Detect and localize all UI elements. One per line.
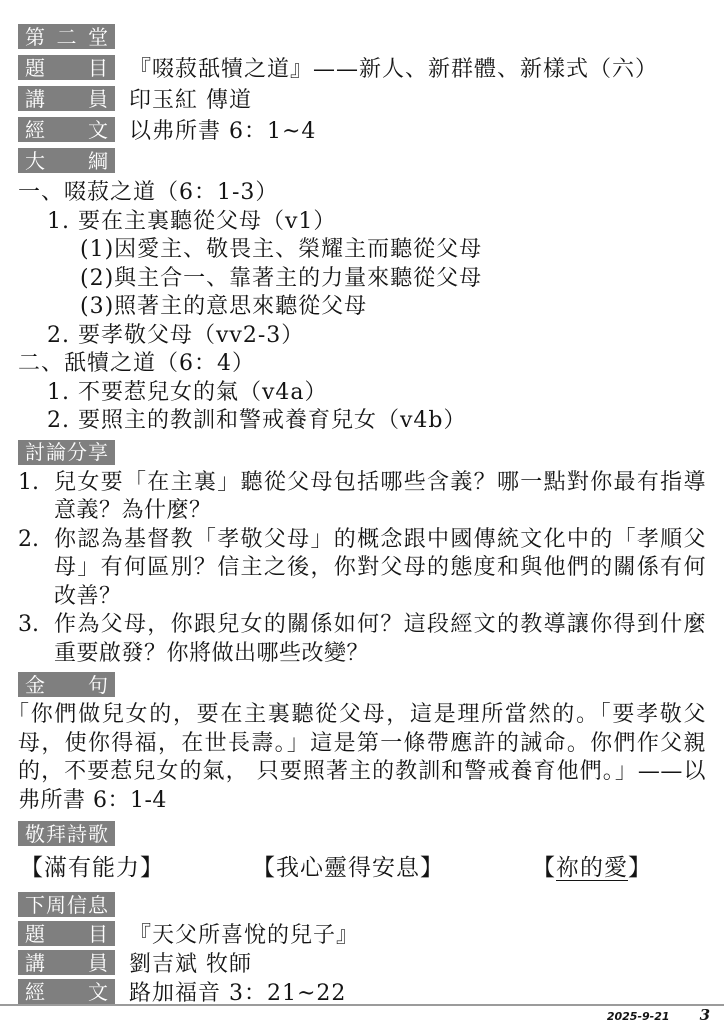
golden-verse-header: 金句 bbox=[18, 672, 115, 697]
song-title: 滿有能力 bbox=[44, 855, 140, 881]
bracket-open: 【 bbox=[532, 855, 556, 881]
next-week-topic-label: 題目 bbox=[18, 921, 115, 946]
song-title: 我心靈得安息 bbox=[276, 855, 420, 881]
bracket-open: 【 bbox=[252, 855, 276, 881]
scripture-value: 以弗所書 6：1~4 bbox=[129, 114, 316, 145]
next-week-badge-row: 下周信息 bbox=[18, 892, 706, 917]
next-week-scripture-row: 經文 路加福音 3：21~22 bbox=[18, 979, 706, 1004]
outline-line: 1. 不要惹兒女的氣（v4a） bbox=[18, 379, 706, 408]
next-week-speaker-row: 講員 劉吉斌 牧師 bbox=[18, 950, 706, 975]
worship-header-row: 敬拜詩歌 bbox=[18, 821, 706, 846]
song-item: 【滿有能力】 bbox=[20, 849, 164, 882]
song-title: 祢的愛 bbox=[556, 855, 628, 881]
outline-line: 1. 要在主裏聽從父母（v1） bbox=[18, 208, 706, 237]
outline-line: 2. 要孝敬父母（vv2-3） bbox=[18, 322, 706, 351]
question-number: 2. bbox=[18, 526, 54, 612]
question-text: 作為父母，你跟兒女的關係如何？這段經文的教導讓你得到什麼重要啟發？你將做出哪些改… bbox=[54, 611, 706, 668]
next-week-section: 下周信息 題目 『天父所喜悅的兒子』 講員 劉吉斌 牧師 經文 路加福音 3：2… bbox=[18, 892, 706, 1004]
next-week-scripture-label: 經文 bbox=[18, 979, 115, 1004]
session-badge-row: 第二堂 bbox=[18, 24, 706, 49]
speaker-label: 講員 bbox=[18, 86, 115, 111]
discussion-header-row: 討論分享 bbox=[18, 440, 706, 465]
question-item: 1. 兒女要「在主裏」聽從父母包括哪些含義？哪一點對你最有指導意義？為什麼？ bbox=[18, 469, 706, 526]
discussion-header: 討論分享 bbox=[18, 440, 115, 465]
question-number: 1. bbox=[18, 469, 54, 526]
question-text: 你認為基督教「孝敬父母」的概念跟中國傳統文化中的「孝順父母」有何區別？信主之後，… bbox=[54, 526, 706, 612]
field-row-topic: 題目 『啜菽舐犢之道』——新人、新群體、新樣式（六） bbox=[18, 55, 706, 80]
question-number: 3. bbox=[18, 611, 54, 668]
bulletin-page: 第二堂 題目 『啜菽舐犢之道』——新人、新群體、新樣式（六） 講員 印玉紅 傳道… bbox=[0, 0, 724, 1024]
bracket-close: 】 bbox=[140, 855, 164, 881]
sermon-outline: 一、啜菽之道（6：1-3） 1. 要在主裏聽從父母（v1） (1)因愛主、敬畏主… bbox=[18, 179, 706, 436]
outline-line: 一、啜菽之道（6：1-3） bbox=[18, 179, 706, 208]
bracket-open: 【 bbox=[20, 855, 44, 881]
footer-date: 2025-9-21 bbox=[607, 1010, 670, 1023]
worship-songs: 【滿有能力】 【我心靈得安息】 【祢的愛】 bbox=[20, 850, 652, 880]
next-week-topic-row: 題目 『天父所喜悅的兒子』 bbox=[18, 921, 706, 946]
question-text: 兒女要「在主裏」聽從父母包括哪些含義？哪一點對你最有指導意義？為什麼？ bbox=[54, 469, 706, 526]
song-item: 【祢的愛】 bbox=[532, 849, 652, 882]
field-row-scripture: 經文 以弗所書 6：1~4 bbox=[18, 117, 706, 142]
outline-label: 大綱 bbox=[18, 148, 115, 173]
next-week-speaker-label: 講員 bbox=[18, 950, 115, 975]
golden-verse-header-row: 金句 bbox=[18, 672, 706, 697]
speaker-value: 印玉紅 傳道 bbox=[129, 83, 252, 114]
scripture-label: 經文 bbox=[18, 117, 115, 142]
outline-line: 二、舐犢之道（6：4） bbox=[18, 350, 706, 379]
session-badge: 第二堂 bbox=[18, 24, 115, 49]
worship-header: 敬拜詩歌 bbox=[18, 821, 115, 846]
question-item: 3. 作為父母，你跟兒女的關係如何？這段經文的教導讓你得到什麼重要啟發？你將做出… bbox=[18, 611, 706, 668]
question-item: 2. 你認為基督教「孝敬父母」的概念跟中國傳統文化中的「孝順父母」有何區別？信主… bbox=[18, 526, 706, 612]
next-week-speaker-value: 劉吉斌 牧師 bbox=[129, 947, 252, 978]
outline-line: 2. 要照主的教訓和警戒養育兒女（v4b） bbox=[18, 407, 706, 436]
golden-verse-text: 「你們做兒女的，要在主裏聽從父母，這是理所當然的。「要孝敬父母，使你得福，在世長… bbox=[18, 701, 706, 815]
bracket-close: 】 bbox=[420, 855, 444, 881]
next-week-scripture-value: 路加福音 3：21~22 bbox=[129, 976, 346, 1007]
topic-value: 『啜菽舐犢之道』——新人、新群體、新樣式（六） bbox=[129, 52, 658, 83]
bracket-close: 】 bbox=[628, 855, 652, 881]
song-item: 【我心靈得安息】 bbox=[252, 849, 444, 882]
page-number: 3 bbox=[700, 1006, 710, 1024]
discussion-questions: 1. 兒女要「在主裏」聽從父母包括哪些含義？哪一點對你最有指導意義？為什麼？ 2… bbox=[18, 469, 706, 669]
topic-label: 題目 bbox=[18, 55, 115, 80]
outline-line: (1)因愛主、敬畏主、榮耀主而聽從父母 bbox=[18, 236, 706, 265]
footer-text: 2025-9-21 3 bbox=[0, 1006, 724, 1024]
page-footer: 2025-9-21 3 bbox=[0, 1004, 724, 1024]
next-week-topic-value: 『天父所喜悅的兒子』 bbox=[129, 918, 359, 949]
field-row-speaker: 講員 印玉紅 傳道 bbox=[18, 86, 706, 111]
field-row-outline: 大綱 bbox=[18, 148, 706, 173]
outline-line: (2)與主合一、靠著主的力量來聽從父母 bbox=[18, 265, 706, 294]
next-week-badge: 下周信息 bbox=[18, 892, 115, 917]
outline-line: (3)照著主的意思來聽從父母 bbox=[18, 293, 706, 322]
